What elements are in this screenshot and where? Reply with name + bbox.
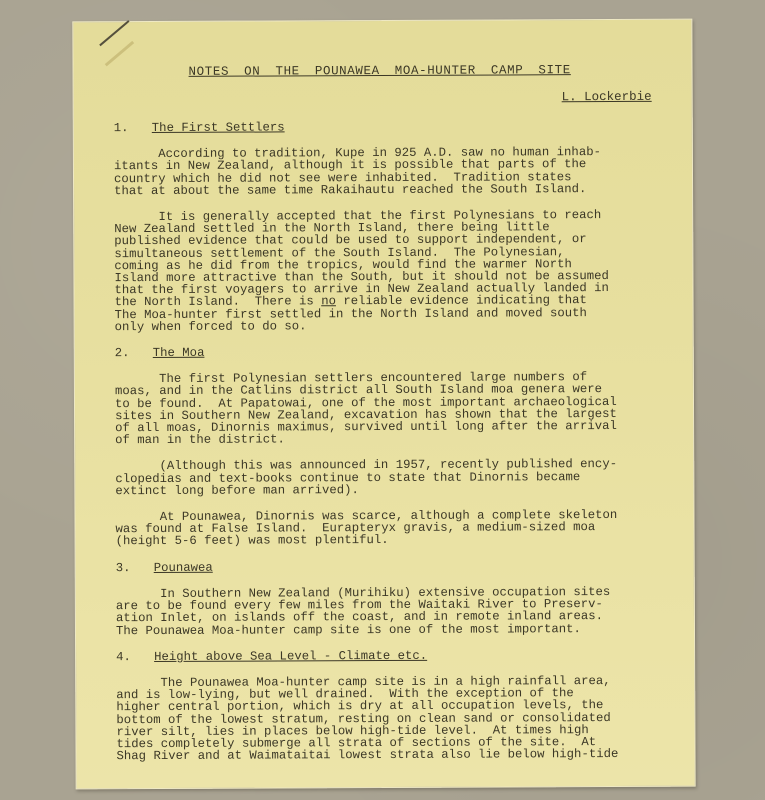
paragraph: The first Polynesian settlers encountere… bbox=[115, 371, 675, 447]
staple-mark bbox=[105, 41, 134, 67]
document-author: L. Lockerbie bbox=[562, 90, 652, 104]
text-line: (height 5-6 feet) was most plentiful. bbox=[116, 533, 676, 548]
staple-icon bbox=[99, 20, 129, 46]
section-heading: 1.The First Settlers bbox=[114, 120, 674, 135]
section-4: 4.Height above Sea Level - Climate etc. … bbox=[116, 648, 676, 762]
document-body: 1.The First Settlers According to tradit… bbox=[114, 108, 677, 777]
section-heading: 4.Height above Sea Level - Climate etc. bbox=[116, 648, 676, 663]
text-line: only when forced to do so. bbox=[115, 319, 675, 334]
section-heading-label: Pounawea bbox=[154, 561, 213, 573]
paragraph: (Although this was announced in 1957, re… bbox=[115, 458, 675, 497]
section-number: 1. bbox=[114, 122, 152, 134]
paragraph: At Pounawea, Dinornis was scarce, althou… bbox=[115, 509, 675, 548]
paragraph: The Pounawea Moa-hunter camp site is in … bbox=[116, 675, 676, 763]
text-line: of man in the district. bbox=[115, 432, 675, 447]
text-line: Shag River and at Waimataitai lowest str… bbox=[117, 748, 677, 763]
document-title: NOTES ON THE POUNAWEA MOA-HUNTER CAMP SI… bbox=[189, 63, 571, 79]
section-2: 2.The Moa The first Polynesian settlers … bbox=[115, 345, 676, 548]
section-number: 4. bbox=[116, 651, 154, 663]
section-number: 3. bbox=[116, 562, 154, 574]
paragraph: It is generally accepted that the first … bbox=[114, 209, 675, 333]
section-heading: 3.Pounawea bbox=[116, 559, 676, 574]
text-line: that at about the same time Rakaihautu r… bbox=[114, 183, 674, 198]
section-heading-label: Height above Sea Level - Climate etc. bbox=[154, 650, 427, 663]
text-line: The Pounawea Moa-hunter camp site is one… bbox=[116, 622, 676, 637]
section-heading-label: The Moa bbox=[153, 347, 205, 359]
section-3: 3.Pounawea In Southern New Zealand (Muri… bbox=[116, 559, 676, 636]
paragraph: According to tradition, Kupe in 925 A.D.… bbox=[114, 146, 674, 197]
section-number: 2. bbox=[115, 347, 153, 359]
text-line: extinct long before man arrived). bbox=[115, 483, 675, 498]
typed-document-page: NOTES ON THE POUNAWEA MOA-HUNTER CAMP SI… bbox=[72, 19, 695, 790]
section-1: 1.The First Settlers According to tradit… bbox=[114, 120, 675, 333]
section-heading-label: The First Settlers bbox=[152, 121, 285, 134]
section-heading: 2.The Moa bbox=[115, 345, 675, 360]
paragraph: In Southern New Zealand (Murihiku) exten… bbox=[116, 586, 676, 637]
